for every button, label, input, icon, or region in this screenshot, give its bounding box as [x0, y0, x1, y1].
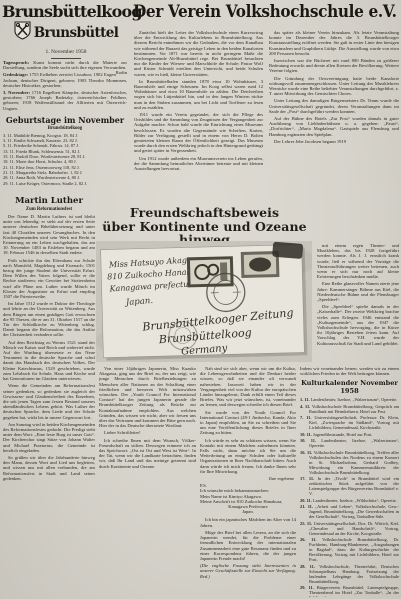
- letter-closing: Ihre ergebene: [200, 476, 294, 481]
- kalender-entry-date: 20. 11.: [300, 498, 312, 503]
- kalender-entry: 7. 11. Universitätsgesellschaft, Profess…: [300, 415, 399, 430]
- article-paragraph: Der Name D. Martin Luthers ist und bleib…: [3, 214, 95, 256]
- article-paragraph: Die Gründung der Ortsvereinigung hatte b…: [269, 76, 399, 97]
- kulturkalender-list: 1. 11. Landestheater, Itzehoe, „Walzertr…: [300, 397, 399, 597]
- envelope: Miss Hatsuyo Akagawa, 810 Zuikocho Hanak…: [101, 241, 308, 361]
- day-note-paragraph: Gedenktage: 1755 Erdbeben zerstört Lissa…: [3, 72, 127, 88]
- vhs-article-col2: das später als kleiner Verein hinzukam. …: [269, 30, 399, 207]
- kalender-entry-text: „Arbeit und Leben“, Volkshochschule, Gew…: [309, 504, 399, 519]
- kalender-entry: 10. 11. Jugendfilmstunde, Hotel zur Post…: [300, 432, 399, 437]
- kalender-entry-text: Volkshochschule, Theaterfahrt, Deutsches…: [309, 564, 399, 584]
- letter-paragraph: Ich bin ein japanisches Mädchen im Alter…: [200, 517, 296, 527]
- letter-ps: P.S. Ich wünsche mich bekanntzumachen: M…: [200, 483, 296, 504]
- signature-line: Japan.: [200, 509, 296, 514]
- article-paragraph: mit einem regen Theater- und Musikleben,…: [317, 243, 399, 279]
- town-crest-icon: [14, 21, 31, 45]
- vhs-article-col1: Zunächst hielt der Leiter der Volkshochs…: [134, 30, 263, 204]
- editor-note: (Die englische Fassung steht Interessent…: [200, 563, 296, 579]
- kalender-entry-date: 1. 11.: [300, 397, 310, 402]
- kulturkalender: Indem wir voneinander lernen, werden wir…: [300, 366, 399, 597]
- masthead-date: 1. November 1958: [2, 49, 130, 55]
- article-paragraph: Früh schickte ihn das Elternhaus zur Sch…: [3, 258, 95, 300]
- letter-paragraph: Sie wurde von der Youth Council For Inte…: [200, 410, 296, 436]
- article-paragraph: 1911 wurde ein Verein gegründet, der sic…: [134, 112, 263, 154]
- kalender-entry: 1. 11. Landestheater, Itzehoe, „Walzertr…: [300, 397, 399, 402]
- left-column-upper: Tagesspruch: Kunst kommt nicht durch die…: [3, 60, 127, 192]
- article-paragraph: das später als kleiner Verein hinzukam. …: [269, 30, 399, 56]
- kalender-entry-text: Volkshochschule Brunsbüttelkoog, Treffen…: [309, 450, 399, 475]
- letter-paragraph: Ich würde es sehr zu schätzen wissen, we…: [200, 438, 296, 474]
- masthead-title-line2: Brunsbüttel: [34, 25, 119, 41]
- kalender-entry: 28. 11. Volkshochschule, Theaterfahrt, D…: [300, 564, 399, 584]
- kalender-entry: 16. 11. Volkshochschule Brunsbüttelkoog,…: [300, 450, 399, 475]
- birthdays-heading: Geburtstage im November: [3, 115, 127, 125]
- kalender-entry-text: Bürgerverein Brunsbüttel, Laienspielgrup…: [309, 585, 399, 597]
- newspaper-page: Brunsbüttelkoog Brunsbüttel 1. November …: [0, 0, 401, 599]
- kulturkalender-heading: Kulturkalender November 1958: [300, 379, 399, 395]
- kalender-entry: 29. 11. Bürgerverein Brunsbüttel, Laiens…: [300, 585, 399, 597]
- kalender-entry-text: Jugendfilmstunde, Hotel zur Post.: [313, 432, 373, 437]
- letter-paragraph: Lieber Schriftleiter!: [99, 430, 196, 435]
- friendship-headline-line1: Freundschaftsbeweis: [96, 206, 313, 220]
- letter-paragraph: Nah sind sie sich aber, wenn wir um die …: [200, 366, 296, 408]
- article-paragraph: Die „Speeldeel“ spielte damals in der „K…: [317, 304, 399, 346]
- birthday-entry: 29. 11. Luise Krüger, Ostermoor, Straße …: [3, 181, 127, 186]
- envelope-photo: Miss Hatsuyo Akagawa, 810 Zuikocho Hanak…: [96, 241, 312, 362]
- letter-column-b: Nah sind sie sich aber, wenn wir um die …: [200, 366, 296, 597]
- day-note-paragraph: Tagesspruch: Kunst kommt nicht durch die…: [3, 60, 127, 70]
- main-headline: Der Verein Volkshochschule e.V. tagte: [133, 2, 372, 22]
- stamp-icon: [187, 256, 234, 287]
- article-paragraph: Zunächst hielt der Leiter der Volkshochs…: [134, 30, 263, 77]
- article-paragraph: Am Sonntag wird in beiden Kirchengemeind…: [3, 422, 95, 453]
- masthead-title-line1: Brunsbüttelkoog: [2, 3, 130, 20]
- luther-subheading: Zum Reformationsfest: [3, 207, 95, 212]
- kalender-entry-text: Landestheater, Itzehoe, „Walzertraum“, O…: [311, 397, 398, 402]
- letter-paragraph: Von einer 14jährigen Japanerin, Miss Kaz…: [99, 366, 196, 428]
- article-paragraph: Unter Leitung des damaligen Bürgermeiste…: [269, 98, 399, 114]
- article-paragraph: Im Jahre 1512 wurde er Doktor der Theolo…: [3, 301, 95, 337]
- luther-heading: Martin Luther: [3, 196, 95, 206]
- kalender-entry-text: Universitätsgesellschaft, Professor Dr. …: [309, 415, 399, 430]
- kalender-entry: 20. 11. Landestheater, Itzehoe, „Wildsch…: [300, 498, 399, 503]
- kalender-entry: 25. 11. Universitätsgesellschaft, Doz. D…: [300, 521, 399, 536]
- article-paragraph: Eine Reihe glanzvoller Namen zierte jene…: [317, 281, 399, 302]
- kalender-entry: 4. 11. Volkshochschule Brunsbüttelkoog, …: [300, 404, 399, 414]
- kalender-entry: 10. 11. Landestheater, Itzehoe, „Walzert…: [300, 438, 399, 448]
- kalender-entry-text: Volkshochschule Brunsbüttelkoog, Dr. Puc…: [309, 537, 399, 562]
- luther-article: Martin Luther Zum Reformationsfest Der N…: [3, 192, 95, 596]
- birthday-list: 3. 11. Mathilde Brennig, Koogstr. 18, 84…: [3, 133, 127, 186]
- article-paragraph: Inzwischen war die Bücherei mit rund 800…: [269, 58, 399, 74]
- friendship-continuation: Indem wir voneinander lernen, werden wir…: [300, 366, 399, 376]
- vhs-article-col3-narrow: mit einem regen Theater- und Musikleben,…: [317, 243, 399, 363]
- kalender-entry-text: Landestheater, Itzehoe, „Wildschütz“, Op…: [313, 498, 397, 503]
- luther-body: Der Name D. Martin Luthers ist und bleib…: [3, 214, 95, 481]
- letter-paragraph: Möge der Brief bei allen Lesern, an die …: [200, 530, 296, 561]
- kalender-entry: 17. 11. In der „Tivoli“ in Brunsbüttel w…: [300, 476, 399, 496]
- article-paragraph: So grüßen wir über die Jahrhunderte hinw…: [3, 455, 95, 481]
- masthead-divider: [51, 58, 81, 59]
- masthead: Brunsbüttelkoog Brunsbüttel 1. November …: [2, 3, 130, 59]
- letter-column-a: Von einer 14jährigen Japanerin, Miss Kaz…: [99, 366, 196, 597]
- article-paragraph: Auf der Bühne des Hotels „Zur Post“ wurd…: [269, 116, 399, 137]
- kalender-entry-text: Volkshochschule Brunsbüttelkoog, Gespräc…: [309, 404, 399, 414]
- kalender-entry: 21. 11. „Arbeit und Leben“, Volkshochsch…: [300, 504, 399, 519]
- kalender-entry-date: 10. 11.: [300, 432, 312, 437]
- airmail-label: [272, 242, 303, 259]
- article-paragraph: In Brunsbüttelhafen standen 1878 etwa 10…: [134, 79, 263, 110]
- paragraph-author: Rodin: [116, 70, 127, 75]
- day-note-paragraph: 3. November: 1716 Engelbert Kämpfer, deu…: [3, 90, 127, 111]
- kalender-entry-text: In der „Tivoli“ in Brunsbüttel wird ein …: [309, 476, 399, 496]
- day-notes: Tagesspruch: Kunst kommt nicht durch die…: [3, 60, 127, 111]
- kalender-entry-text: Landestheater, Itzehoe, „Walzertraum“, O…: [309, 438, 399, 448]
- birthdays-place: Brunsbüttelkoog: [3, 126, 127, 131]
- kalender-entry: 26. 11. Volkshochschule Brunsbüttelkoog,…: [300, 537, 399, 562]
- article-paragraph: Der Lehrer Jebe Jacobsen begann 1919: [269, 139, 399, 144]
- article-paragraph: Um 1912 wurde außerdem ein Museumsverein…: [134, 156, 263, 172]
- kalender-entry-text: Universitätsgesellschaft, Doz. Dr. Witti…: [309, 521, 399, 536]
- article-paragraph: Auf dem Reichstag zu Worms 1521 stand de…: [3, 340, 95, 382]
- letter-paragraph: Ich schreibe Ihnen mit dem Wunsch, Völke…: [99, 438, 196, 469]
- article-paragraph: Wenn die Gemeinden am Reformationsfest s…: [3, 383, 95, 419]
